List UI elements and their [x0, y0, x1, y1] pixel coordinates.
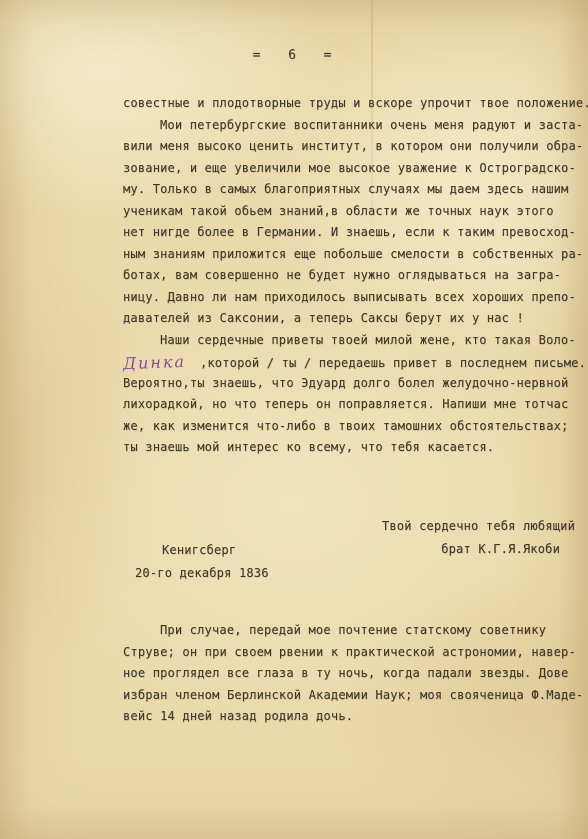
text-line: му. Только в самых благоприятных случаях…: [123, 179, 581, 201]
text-line: ницу. Давно ли нам приходилось выписыват…: [123, 287, 581, 309]
text-line: избран членом Берлинской Академии Наук; …: [123, 685, 581, 707]
text-line: зование, и еще увеличили мое высокое ува…: [123, 158, 581, 180]
text-line: же, как изменится что-либо в твоих тамош…: [123, 416, 581, 438]
text-line: ботах, вам совершенно не будет нужно огл…: [123, 265, 581, 287]
text-line: Струве; он при своем рвении к практическ…: [123, 642, 581, 664]
handwritten-word: Динка: [123, 351, 187, 375]
text-line: ное проглядел все глаза в ту ночь, когда…: [123, 663, 581, 685]
scanned-letter-page: = 6 = совестные и плодотворные труды и в…: [0, 0, 588, 839]
page-number: = 6 =: [0, 48, 588, 63]
signature-signer: брат К.Г.Я.Якоби: [123, 542, 560, 556]
text-line: вили меня высоко ценить институт, в кото…: [123, 136, 581, 158]
text-line: При случае, передай мое почтение статско…: [123, 620, 581, 642]
text-line: Динка,которой / ты / передаешь привет в …: [123, 351, 581, 373]
text-line: лихорадкой, но что теперь он поправляетс…: [123, 394, 581, 416]
text-line: ученикам такой обьем знаний,в области же…: [123, 201, 581, 223]
text-line: Наши сердечные приветы твоей милой жене,…: [123, 330, 581, 352]
text-line: совестные и плодотворные труды и вскоре …: [123, 93, 581, 115]
signature-date: 20-го декабря 1836: [135, 566, 269, 580]
text-line: нет нигде более в Германии. И знаешь, ес…: [123, 222, 581, 244]
signature-closing: Твой сердечно тебя любящий: [123, 519, 575, 533]
text-line: Вероятно,ты знаешь, что Эдуард долго бол…: [123, 373, 581, 395]
text-line: ты знаешь мой интерес ко всему, что тебя…: [123, 437, 581, 459]
letter-postscript: При случае, передай мое почтение статско…: [123, 620, 581, 728]
text-line: ным знаниям приложится еще побольше смел…: [123, 244, 581, 266]
text-line: вейс 14 дней назад родила дочь.: [123, 706, 581, 728]
letter-body: совестные и плодотворные труды и вскоре …: [123, 93, 581, 459]
text-line: Мои петербургские воспитанники очень мен…: [123, 115, 581, 137]
text-line: давателей из Саксонии, а теперь Саксы бе…: [123, 308, 581, 330]
